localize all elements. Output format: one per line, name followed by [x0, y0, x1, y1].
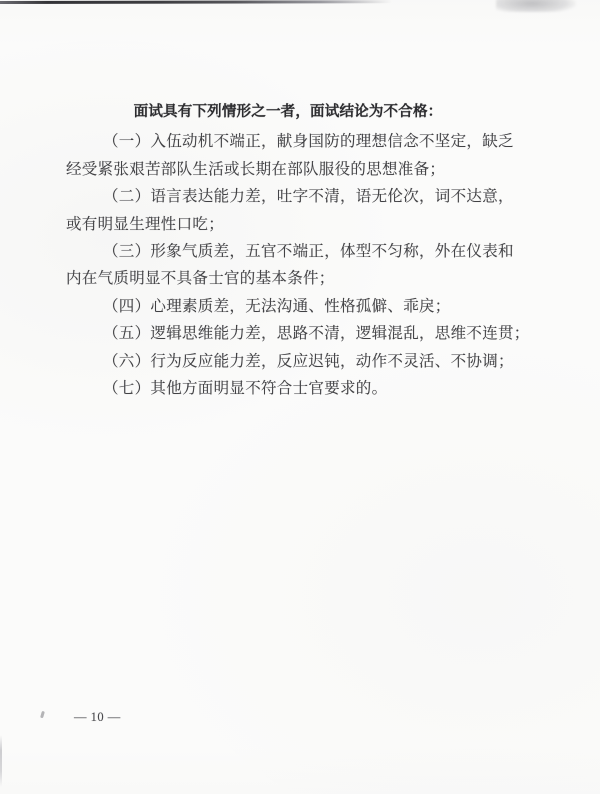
body-line: （二）语言表达能力差，吐字不清，语无伦次，词不达意，	[66, 183, 510, 210]
page-number: — 10 —	[74, 710, 121, 725]
scan-top-edge-line	[0, 0, 392, 3]
body-line: （四）心理素质差，无法沟通、性格孤僻、乖戾；	[66, 293, 510, 320]
document-body: 面试具有下列情形之一者，面试结论为不合格： （一）入伍动机不端正，献身国防的理想…	[66, 99, 510, 402]
body-line: 或有明显生理性口吃；	[66, 211, 510, 238]
body-line: （七）其他方面明显不符合士官要求的。	[66, 375, 510, 402]
document-title: 面试具有下列情形之一者，面试结论为不合格：	[66, 99, 510, 126]
scan-speck	[40, 711, 44, 718]
body-line: 内在气质明显不具备士官的基本条件；	[66, 265, 510, 292]
body-line: 经受紧张艰苦部队生活或长期在部队服役的思想准备；	[66, 156, 510, 183]
body-line: （五）逻辑思维能力差，思路不清，逻辑混乱，思维不连贯；	[66, 320, 510, 347]
body-line: （一）入伍动机不端正，献身国防的理想信念不坚定，缺乏	[66, 128, 510, 155]
scan-left-edge-shadow	[0, 735, 2, 787]
body-line: （六）行为反应能力差，反应迟钝，动作不灵活、不协调；	[66, 348, 510, 375]
body-line: （三）形象气质差，五官不端正，体型不匀称，外在仪表和	[66, 238, 510, 265]
scanned-document-page: { "document": { "title": "面试具有下列情形之一者，面试…	[0, 0, 600, 794]
scan-top-right-smudge	[496, 0, 576, 12]
